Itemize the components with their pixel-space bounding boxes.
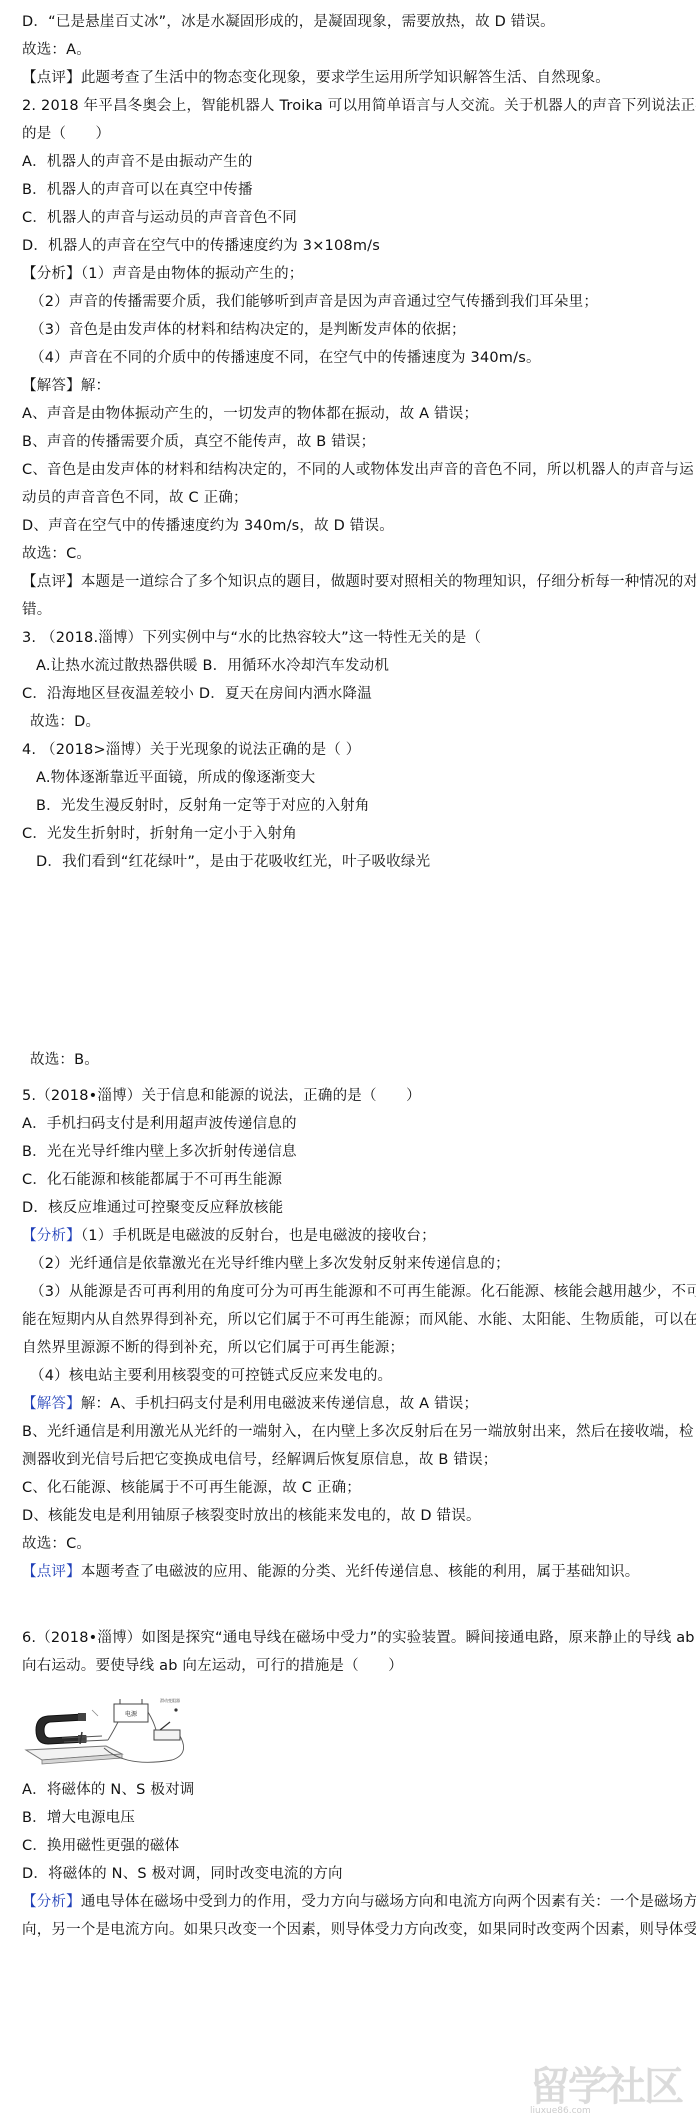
q2-stem-line1: 2. 2018 年平昌冬奥会上，智能机器人 Troika 可以用简单语言与人交流…: [22, 92, 682, 120]
q5-analysis-point-3: （3）从能源是否可再利用的角度可分为可再生能源和不可再生能源。化石能源、核能会越…: [22, 1278, 682, 1306]
q6-option-a: A．将磁体的 N、S 极对调: [22, 1776, 682, 1804]
q2-comment-text: 本题是一道综合了多个知识点的题目，做题时要对照相关的物理知识，仔细分析每一种情况…: [81, 574, 696, 590]
q2-option-d: D．机器人的声音在空气中的传播速度约为 3×108m/s: [22, 232, 682, 260]
q5-stem: 5.（2018•淄博）关于信息和能源的说法，正确的是（ ）: [22, 1082, 682, 1110]
q5-analysis-point-1: （1）手机既是电磁波的反射台，也是电磁波的接收台；: [81, 1228, 436, 1244]
q2-choice: 故选：C。: [22, 540, 682, 568]
q1-choice: 故选：A。: [22, 36, 682, 64]
magnet-circuit-diagram-icon: 电源 滑动变阻器: [22, 1688, 202, 1770]
q2-answer-d: D、声音在空气中的传播速度约为 340m/s，故 D 错误。: [22, 512, 682, 540]
q2-option-a: A．机器人的声音不是由振动产生的: [22, 148, 682, 176]
q5-comment-text: 本题考查了电磁波的应用、能源的分类、光纤传递信息、核能的利用，属于基础知识。: [81, 1564, 640, 1580]
q6-analysis: 【分析】通电导体在磁场中受到力的作用，受力方向与磁场方向和电流方向两个因素有关：…: [22, 1888, 682, 1916]
q3-options-cd: C．沿海地区昼夜温差较小 D．夏天在房间内洒水降温: [22, 680, 682, 708]
q5-choice: 故选：C。: [22, 1530, 682, 1558]
q4-option-d: D．我们看到“红花绿叶”，是由于花吸收红光，叶子吸收绿光: [22, 848, 682, 876]
q5-option-a: A．手机扫码支付是利用超声波传递信息的: [22, 1110, 682, 1138]
q6-analysis-text: 通电导体在磁场中受到力的作用，受力方向与磁场方向和电流方向两个因素有关：一个是磁…: [81, 1894, 696, 1910]
q2-answer-b: B、声音的传播需要介质，真空不能传声，故 B 错误；: [22, 428, 682, 456]
comment-marker: 【点评】: [22, 574, 81, 590]
gap: [22, 1586, 682, 1624]
q6-option-d: D．将磁体的 N、S 极对调，同时改变电流的方向: [22, 1860, 682, 1888]
q2-analysis-point-4: （4）声音在不同的介质中的传播速度不同，在空气中的传播速度为 340m/s。: [22, 344, 682, 372]
q2-analysis-point-3: （3）音色是由发声体的材料和结构决定的，是判断发声体的依据；: [22, 316, 682, 344]
q2-answer-c: C、音色是由发声体的材料和结构决定的，不同的人或物体发出声音的音色不同，所以机器…: [22, 456, 682, 484]
q5-analysis-point-3-cont: 能在短期内从自然界得到补充，所以它们属于不可再生能源；而风能、水能、太阳能、生物…: [22, 1306, 682, 1334]
q3-options-ab: A.让热水流过散热器供暖 B．用循环水冷却汽车发动机: [22, 652, 682, 680]
q2-option-c: C．机器人的声音与运动员的声音音色不同: [22, 204, 682, 232]
q5-option-d: D．核反应堆通过可控聚变反应释放核能: [22, 1194, 682, 1222]
q5-answer-d: D、核能发电是利用铀原子核裂变时放出的核能来发电的，故 D 错误。: [22, 1502, 682, 1530]
analysis-marker: 【分析】: [22, 1228, 81, 1244]
analysis-marker: 【分析】: [22, 266, 81, 282]
q4-option-a: A.物体逐渐靠近平面镜，所成的像逐渐变大: [22, 764, 682, 792]
q6-option-b: B．增大电源电压: [22, 1804, 682, 1832]
comment-marker: 【点评】: [22, 1564, 81, 1580]
q1-comment-text: 此题考查了生活中的物态变化现象，要求学生运用所学知识解答生活、自然现象。: [81, 70, 610, 86]
answer-marker: 【解答】: [22, 1396, 81, 1412]
q5-answer-c: C、化石能源、核能属于不可再生能源，故 C 正确；: [22, 1474, 682, 1502]
q5-option-b: B．光在光导纤维内壁上多次折射传递信息: [22, 1138, 682, 1166]
q2-stem-line2: 的是（ ）: [22, 120, 682, 148]
q4-option-c: C．光发生折射时，折射角一定小于入射角: [22, 820, 682, 848]
q2-comment: 【点评】本题是一道综合了多个知识点的题目，做题时要对照相关的物理知识，仔细分析每…: [22, 568, 682, 596]
q5-analysis-point-4: （4）核电站主要利用核裂变的可控链式反应来发电的。: [22, 1362, 682, 1390]
comment-marker: 【点评】: [22, 70, 81, 86]
q2-answer-c-cont: 动员的声音音色不同，故 C 正确；: [22, 484, 682, 512]
q5-analysis-point-3-cont2: 自然界里源源不断的得到补充，所以它们属于可再生能源；: [22, 1334, 682, 1362]
q5-answer-b: B、光纤通信是利用激光从光纤的一端射入，在内壁上多次反射后在另一端放射出来，然后…: [22, 1418, 682, 1446]
experiment-figure: 电源 滑动变阻器: [22, 1688, 202, 1770]
svg-text:电源: 电源: [125, 1710, 138, 1718]
svg-text:滑动变阻器: 滑动变阻器: [160, 1697, 180, 1703]
q2-analysis: 【分析】（1）声音是由物体的振动产生的；: [22, 260, 682, 288]
q1-comment: 【点评】此题考查了生活中的物态变化现象，要求学生运用所学知识解答生活、自然现象。: [22, 64, 682, 92]
q5-option-c: C．化石能源和核能都属于不可再生能源: [22, 1166, 682, 1194]
q6-stem-line2: 向右运动。要使导线 ab 向左运动，可行的措施是（ ）: [22, 1652, 682, 1680]
q6-analysis-cont: 向，另一个是电流方向。如果只改变一个因素，则导体受力方向改变，如果同时改变两个因…: [22, 1916, 682, 1944]
q3-stem: 3. （2018.淄博）下列实例中与“水的比热容较大”这一特性无关的是（: [22, 624, 682, 652]
q1-option-d-explanation: D．“已是悬崖百丈冰”，冰是水凝固形成的，是凝固现象，需要放热，故 D 错误。: [22, 8, 682, 36]
q6-option-c: C．换用磁性更强的磁体: [22, 1832, 682, 1860]
q4-stem: 4. （2018>淄博）关于光现象的说法正确的是（ ）: [22, 736, 682, 764]
q6-stem-line1: 6.（2018•淄博）如图是探究“通电导线在磁场中受力”的实验装置。瞬间接通电路…: [22, 1624, 682, 1652]
q2-analysis-point-1: （1）声音是由物体的振动产生的；: [81, 266, 304, 282]
analysis-marker: 【分析】: [22, 1894, 81, 1910]
q2-comment-cont: 错。: [22, 596, 682, 624]
watermark-logo: 留学社区 liuxue86.com: [530, 2055, 690, 2115]
q5-comment: 【点评】本题考查了电磁波的应用、能源的分类、光纤传递信息、核能的利用，属于基础知…: [22, 1558, 682, 1586]
q5-analysis: 【分析】（1）手机既是电磁波的反射台，也是电磁波的接收台；: [22, 1222, 682, 1250]
blank-gap: [22, 876, 682, 1046]
q2-answer-intro: 解：: [81, 378, 110, 394]
q5-answer-b-cont: 测器收到光信号后把它变换成电信号，经解调后恢复原信息，故 B 错误；: [22, 1446, 682, 1474]
q5-answer: 【解答】解：A、手机扫码支付是利用电磁波来传递信息，故 A 错误；: [22, 1390, 682, 1418]
q5-analysis-point-2: （2）光纤通信是依靠激光在光导纤维内壁上多次发射反射来传递信息的；: [22, 1250, 682, 1278]
gap: [22, 1074, 682, 1082]
q4-choice: 故选：B。: [22, 1046, 682, 1074]
answer-marker: 【解答】: [22, 378, 81, 394]
q2-answer-a: A、声音是由物体振动产生的，一切发声的物体都在振动，故 A 错误；: [22, 400, 682, 428]
q3-choice: 故选：D。: [22, 708, 682, 736]
q2-option-b: B．机器人的声音可以在真空中传播: [22, 176, 682, 204]
q4-option-b: B．光发生漫反射时，反射角一定等于对应的入射角: [22, 792, 682, 820]
q2-analysis-point-2: （2）声音的传播需要介质，我们能够听到声音是因为声音通过空气传播到我们耳朵里；: [22, 288, 682, 316]
q2-answer: 【解答】解：: [22, 372, 682, 400]
document-body: D．“已是悬崖百丈冰”，冰是水凝固形成的，是凝固现象，需要放热，故 D 错误。 …: [22, 8, 682, 1944]
watermark-text: 留学社区: [530, 2064, 682, 2110]
q5-answer-a: 解：A、手机扫码支付是利用电磁波来传递信息，故 A 错误；: [81, 1396, 478, 1412]
